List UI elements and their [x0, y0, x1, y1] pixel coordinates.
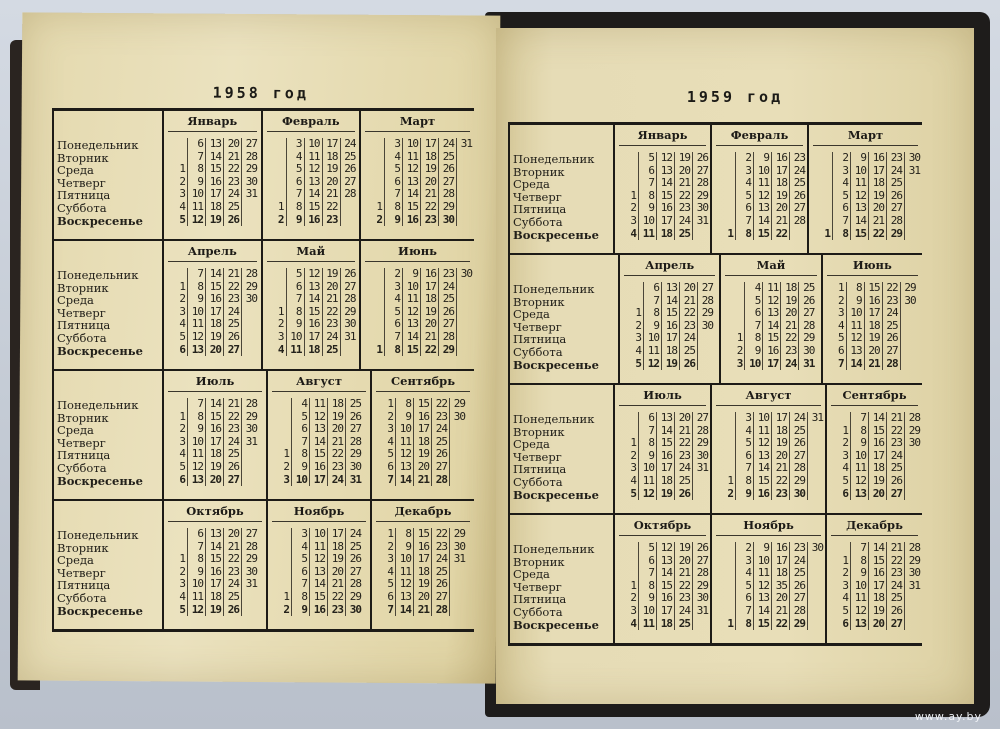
week-column: 1234567 [829, 282, 847, 370]
month-block: Декабрь123456789101112131415161718192021… [827, 515, 922, 643]
day-cell: 4 [736, 567, 753, 580]
week-column: 23242526272829 [887, 152, 905, 240]
day-cell [621, 412, 638, 425]
day-cell: 21 [414, 604, 431, 617]
day-cell: 3 [385, 138, 402, 151]
day-cell: 24 [328, 474, 345, 487]
day-cell [457, 214, 474, 227]
month-day-grid: 1234567891011121314151617181920212223242… [827, 536, 922, 630]
day-cell: 5 [292, 553, 309, 566]
day-name: Среда [510, 568, 613, 581]
month-name: Сентябрь [831, 385, 918, 406]
day-cell [718, 450, 735, 463]
day-cell [621, 542, 638, 555]
day-cell: 14 [847, 358, 864, 371]
week-column: 15161718192021 [414, 528, 432, 616]
day-cell: 19 [772, 437, 789, 450]
day-cell: 8 [644, 307, 661, 320]
day-cell: 17 [414, 553, 431, 566]
day-cell [808, 437, 825, 450]
day-cell [718, 177, 735, 190]
day-cell [808, 618, 825, 631]
day-cell: 9 [851, 152, 868, 165]
day-cell: 17 [772, 412, 789, 425]
month-name: Февраль [716, 125, 803, 146]
week-column: 17181920212223 [421, 138, 439, 226]
day-cell [274, 566, 291, 579]
day-cell [905, 592, 922, 605]
week-column: 13141516171819 [206, 138, 224, 226]
day-cell: 4 [833, 177, 850, 190]
day-cell: 9 [403, 268, 420, 281]
day-cell: 15 [414, 528, 431, 541]
week-column: 6789101112 [644, 282, 662, 370]
day-cell: 7 [385, 331, 402, 344]
day-cell [367, 138, 384, 151]
day-cell: 17 [421, 138, 438, 151]
day-cell: 21 [414, 474, 431, 487]
day-cell [905, 475, 922, 488]
day-cell: 11 [310, 398, 327, 411]
day-cell: 29 [887, 228, 904, 241]
day-cell: 23 [224, 423, 241, 436]
week-column: 17181920212223 [328, 528, 346, 616]
week-column: 2425262728 [341, 138, 358, 226]
month-block: Январь1234567891011121314151617181920212… [164, 111, 263, 239]
day-cell: 1 [367, 201, 384, 214]
week-column: 1234567 [378, 398, 396, 486]
month-day-grid: 1234567891011121314151617181920212223242… [809, 146, 922, 240]
day-cell [367, 163, 384, 176]
day-cell: 9 [188, 293, 205, 306]
month-name: Апрель [624, 255, 715, 276]
day-cell: 11 [287, 344, 304, 357]
day-cell: 4 [621, 618, 638, 631]
day-cell: 24 [432, 423, 449, 436]
month-day-grid: 1234567891011121314151617181920212223242… [712, 406, 825, 500]
day-cell [808, 567, 825, 580]
day-cell [457, 201, 474, 214]
day-cell [718, 165, 735, 178]
day-cell [718, 202, 735, 215]
day-cell: 21 [675, 177, 692, 190]
day-cell [808, 462, 825, 475]
week-column: 31 [808, 412, 825, 500]
day-cell: 14 [403, 331, 420, 344]
day-cell: 28 [341, 188, 358, 201]
week-column: 10111213141516 [754, 412, 772, 500]
day-cell: 4 [621, 228, 638, 241]
day-cell [808, 425, 825, 438]
week-column: 78910111213 [851, 412, 869, 500]
day-cell [808, 592, 825, 605]
day-cell: 24 [675, 605, 692, 618]
day-cell: 21 [224, 268, 241, 281]
day-cell: 28 [432, 604, 449, 617]
day-cell: 18 [772, 177, 789, 190]
week-column: 1234 [269, 268, 287, 356]
day-cell: 29 [790, 475, 807, 488]
day-cell [718, 425, 735, 438]
day-name: Суббота [510, 346, 618, 359]
month-name: Май [267, 241, 356, 262]
month-day-grid: 1234567891011121314151617181920212223242… [361, 132, 474, 226]
day-cell: 25 [323, 344, 340, 357]
day-cell: 25 [439, 293, 456, 306]
day-cell: 15 [414, 398, 431, 411]
day-cell [905, 618, 922, 631]
day-cell: 1 [269, 201, 286, 214]
day-cell: 27 [224, 344, 241, 357]
day-cell [833, 542, 850, 555]
day-cell: 25 [224, 201, 241, 214]
month-day-grid: 1234567891011121314151617181920212223242… [372, 522, 474, 616]
day-cell [269, 281, 286, 294]
week-column: 9101112131415 [403, 268, 421, 356]
month-block: Июль123456789101112131415161718192021222… [615, 385, 712, 513]
day-cell: 8 [385, 344, 402, 357]
day-cell [905, 450, 922, 463]
day-cell [698, 358, 715, 371]
day-cell: 2 [736, 542, 753, 555]
day-cell: 27 [883, 345, 900, 358]
week-column: 22232425262728 [432, 528, 450, 616]
day-names-column: ПонедельникВторникСредаЧетвергПятницаСуб… [510, 255, 620, 383]
day-name: Воскресенье [54, 605, 162, 618]
day-cell [457, 344, 474, 357]
day-cell [718, 555, 735, 568]
month-day-grid: 1234567891011121314151617181920212223242… [268, 522, 370, 616]
day-cell: 30 [901, 295, 918, 308]
day-cell [170, 398, 187, 411]
day-cell: 16 [310, 604, 327, 617]
day-cell: 10 [287, 331, 304, 344]
day-cell [901, 345, 918, 358]
week-column: 1234 [621, 542, 639, 630]
week-column: 16171819202122 [421, 268, 439, 356]
day-cell [367, 306, 384, 319]
day-name: Воскресенье [54, 215, 162, 228]
week-column: 1 [718, 542, 736, 630]
day-cell [274, 541, 291, 554]
day-cell: 1 [170, 163, 187, 176]
month-day-grid: 1234567891011121314151617181920212223242… [615, 406, 710, 500]
day-name: Понедельник [54, 269, 162, 282]
day-cell: 6 [378, 461, 395, 474]
day-cell [718, 437, 735, 450]
week-column: 1 [367, 268, 385, 356]
day-cell: 6 [829, 345, 846, 358]
week-column: 14151617181920 [869, 542, 887, 630]
day-names-column: ПонедельникВторникСредаЧетвергПятницаСуб… [54, 111, 164, 239]
month-day-grid: 1234567891011121314151617181920212223242… [263, 262, 360, 356]
day-cell: 19 [662, 358, 679, 371]
day-name: Понедельник [54, 399, 162, 412]
day-names-column: ПонедельникВторникСредаЧетвергПятницаСуб… [510, 515, 615, 643]
week-column: 28293031 [905, 542, 922, 630]
month-day-grid: 1234567891011121314151617181920212223242… [827, 406, 922, 500]
day-cell [242, 306, 259, 319]
day-cell: 13 [763, 307, 780, 320]
quarter-3: ПонедельникВторникСредаЧетвергПятницаСуб… [510, 385, 922, 515]
day-cell: 24 [323, 331, 340, 344]
week-column: 10111213141516 [403, 138, 421, 226]
day-cell: 14 [206, 398, 223, 411]
day-cell: 27 [432, 591, 449, 604]
week-column: 9101112131415 [851, 152, 869, 240]
week-column: 12131415161718 [657, 542, 675, 630]
day-cell: 22 [772, 228, 789, 241]
week-column: 12 [367, 138, 385, 226]
day-cell: 7 [188, 268, 205, 281]
day-cell: 26 [341, 268, 358, 281]
month-day-grid: 1234567891011121314151617181920212223242… [721, 276, 820, 370]
day-cell: 13 [206, 528, 223, 541]
day-cell: 4 [626, 345, 643, 358]
day-cell [718, 412, 735, 425]
day-cell: 12 [188, 604, 205, 617]
day-cell [621, 555, 638, 568]
day-cell: 16 [310, 461, 327, 474]
day-cell: 19 [206, 214, 223, 227]
day-cell: 7 [833, 215, 850, 228]
month-name: Апрель [168, 241, 257, 262]
day-cell: 28 [242, 398, 259, 411]
week-column: 24252627282930 [346, 528, 363, 616]
calendar-1958: ПонедельникВторникСредаЧетвергПятницаСуб… [52, 108, 474, 632]
day-cell: 6 [188, 138, 205, 151]
day-cell: 20 [675, 412, 692, 425]
day-cell: 3 [829, 307, 846, 320]
day-cell: 18 [206, 591, 223, 604]
day-cell: 27 [887, 488, 904, 501]
day-cell [242, 591, 259, 604]
day-cell: 6 [378, 591, 395, 604]
day-cell: 10 [305, 138, 322, 151]
week-column: 2728293031 [242, 138, 259, 226]
day-cell: 20 [224, 528, 241, 541]
day-cell: 31 [242, 578, 259, 591]
day-cell: 27 [242, 528, 259, 541]
month-block: Сентябрь12345678910111213141516171819202… [827, 385, 922, 513]
day-cell: 19 [675, 152, 692, 165]
day-cell: 14 [869, 412, 886, 425]
day-cell: 24 [675, 215, 692, 228]
day-cell: 23 [887, 437, 904, 450]
day-cell: 20 [680, 282, 697, 295]
week-column: 16171835202122 [772, 542, 790, 630]
month-block: Август1234567891011121314151617181920212… [268, 371, 372, 499]
day-cell: 10 [754, 412, 771, 425]
day-cell [269, 138, 286, 151]
day-cell [905, 488, 922, 501]
day-cell: 12 [403, 163, 420, 176]
day-cell: 16 [206, 293, 223, 306]
day-cell [905, 462, 922, 475]
week-column: 891011121314 [396, 528, 414, 616]
day-cell [905, 177, 922, 190]
month-day-grid: 1234567891011121314151617181920212223242… [372, 392, 474, 486]
day-name: Понедельник [510, 543, 613, 556]
day-cell: 31 [799, 358, 816, 371]
month-block: Май1234567891011121314151617181920212223… [721, 255, 822, 383]
day-cell [367, 268, 384, 281]
day-cell: 5 [170, 461, 187, 474]
day-cell: 23 [323, 214, 340, 227]
month-name: Январь [168, 111, 257, 132]
month-name: Октябрь [619, 515, 706, 536]
day-cell: 11 [188, 591, 205, 604]
day-cell: 6 [644, 282, 661, 295]
month-block: Август1234567891011121314151617181920212… [712, 385, 827, 513]
day-cell: 3 [287, 138, 304, 151]
day-cell: 14 [657, 177, 674, 190]
day-cell: 20 [328, 423, 345, 436]
week-column: 3456789 [292, 528, 310, 616]
month-name: Июль [619, 385, 706, 406]
day-cell: 15 [662, 307, 679, 320]
week-column: 17181920212223 [772, 412, 790, 500]
day-cell: 11 [188, 201, 205, 214]
week-column: 21222324252627 [887, 542, 905, 630]
day-cell: 30 [346, 604, 363, 617]
day-cell: 6 [292, 423, 309, 436]
day-cell: 9 [292, 461, 309, 474]
day-cell: 26 [341, 163, 358, 176]
week-column: 1234 [621, 152, 639, 240]
day-cell [450, 566, 467, 579]
day-name: Понедельник [510, 153, 613, 166]
day-cell [457, 163, 474, 176]
day-cell: 9 [736, 488, 753, 501]
month-day-grid: 1234567891011121314151617181920212223242… [615, 536, 710, 630]
day-cell: 1 [170, 553, 187, 566]
day-cell: 7 [851, 542, 868, 555]
week-column: 1 [815, 152, 833, 240]
day-name: Понедельник [510, 283, 618, 296]
day-cell [457, 176, 474, 189]
day-cell: 13 [662, 282, 679, 295]
day-cell: 7 [736, 605, 753, 618]
day-cell: 8 [188, 163, 205, 176]
day-cell: 11 [754, 567, 771, 580]
week-column: 30 [808, 542, 825, 630]
day-cell: 1 [829, 282, 846, 295]
day-cell: 12 [851, 605, 868, 618]
day-cell: 14 [869, 542, 886, 555]
day-cell [621, 165, 638, 178]
day-cell: 5 [170, 214, 187, 227]
day-cell [901, 320, 918, 333]
quarter-1: ПонедельникВторникСредаЧетвергПятницаСуб… [510, 125, 922, 255]
quarter-4: ПонедельникВторникСредаЧетвергПятницаСуб… [510, 515, 922, 643]
day-cell: 12 [657, 542, 674, 555]
week-column: 14151617181920 [206, 398, 224, 486]
week-column: 891011121314 [396, 398, 414, 486]
day-cell [269, 268, 286, 281]
week-column: 14151617181920 [869, 412, 887, 500]
day-cell: 13 [396, 591, 413, 604]
day-cell: 11 [851, 177, 868, 190]
day-cell [815, 177, 832, 190]
day-cell: 14 [396, 474, 413, 487]
day-cell: 15 [403, 201, 420, 214]
day-cell: 21 [772, 215, 789, 228]
day-cell [450, 591, 467, 604]
day-cell: 3 [274, 474, 291, 487]
day-cell: 7 [639, 567, 656, 580]
day-cell: 15 [305, 201, 322, 214]
day-cell: 22 [772, 475, 789, 488]
day-cell: 31 [450, 553, 467, 566]
day-name: Среда [510, 178, 613, 191]
day-cell: 17 [657, 605, 674, 618]
day-cell: 1 [621, 437, 638, 450]
week-column: 567891011 [639, 542, 657, 630]
day-cell: 16 [206, 423, 223, 436]
day-cell: 20 [206, 474, 223, 487]
month-day-grid: 1234567891011121314151617181920212223242… [712, 146, 807, 240]
day-cell: 15 [657, 437, 674, 450]
week-column: 123 [274, 398, 292, 486]
month-name: Декабрь [376, 501, 470, 522]
day-cell: 29 [439, 201, 456, 214]
day-cell: 6 [833, 618, 850, 631]
day-cell: 12 [644, 358, 661, 371]
day-cell: 29 [901, 282, 918, 295]
day-cell: 16 [869, 437, 886, 450]
week-column: 10111213141516 [305, 138, 323, 226]
day-cell [367, 151, 384, 164]
day-cell: 14 [657, 567, 674, 580]
day-cell: 20 [869, 488, 886, 501]
day-cell [815, 202, 832, 215]
day-cell: 18 [657, 475, 674, 488]
day-cell: 5 [639, 152, 656, 165]
day-cell: 23 [887, 567, 904, 580]
day-cell [274, 411, 291, 424]
day-cell: 4 [621, 475, 638, 488]
month-day-grid: 1234567891011121314151617181920212223242… [164, 262, 261, 356]
day-cell [457, 281, 474, 294]
day-cell: 29 [790, 618, 807, 631]
day-cell: 8 [292, 591, 309, 604]
month-day-grid: 1234567891011121314151617183520212223242… [712, 536, 825, 630]
day-cell: 12 [639, 488, 656, 501]
month-name: Август [272, 371, 366, 392]
week-column: 11121314151617 [310, 398, 328, 486]
day-cell: 5 [626, 358, 643, 371]
day-cell: 30 [450, 411, 467, 424]
day-cell [274, 398, 291, 411]
day-cell: 4 [170, 201, 187, 214]
week-column: 2728293031 [693, 412, 710, 500]
day-cell: 19 [869, 605, 886, 618]
day-cell: 31 [242, 436, 259, 449]
day-cell [274, 423, 291, 436]
day-name: Воскресенье [510, 359, 618, 372]
day-cell: 8 [736, 618, 753, 631]
day-cell [693, 488, 710, 501]
day-cell: 28 [242, 268, 259, 281]
day-cell: 30 [457, 268, 474, 281]
day-cell: 23 [439, 268, 456, 281]
day-cell [905, 605, 922, 618]
day-cell: 2 [727, 345, 744, 358]
day-cell: 28 [790, 605, 807, 618]
day-cell: 24 [781, 358, 798, 371]
day-cell: 5 [833, 605, 850, 618]
